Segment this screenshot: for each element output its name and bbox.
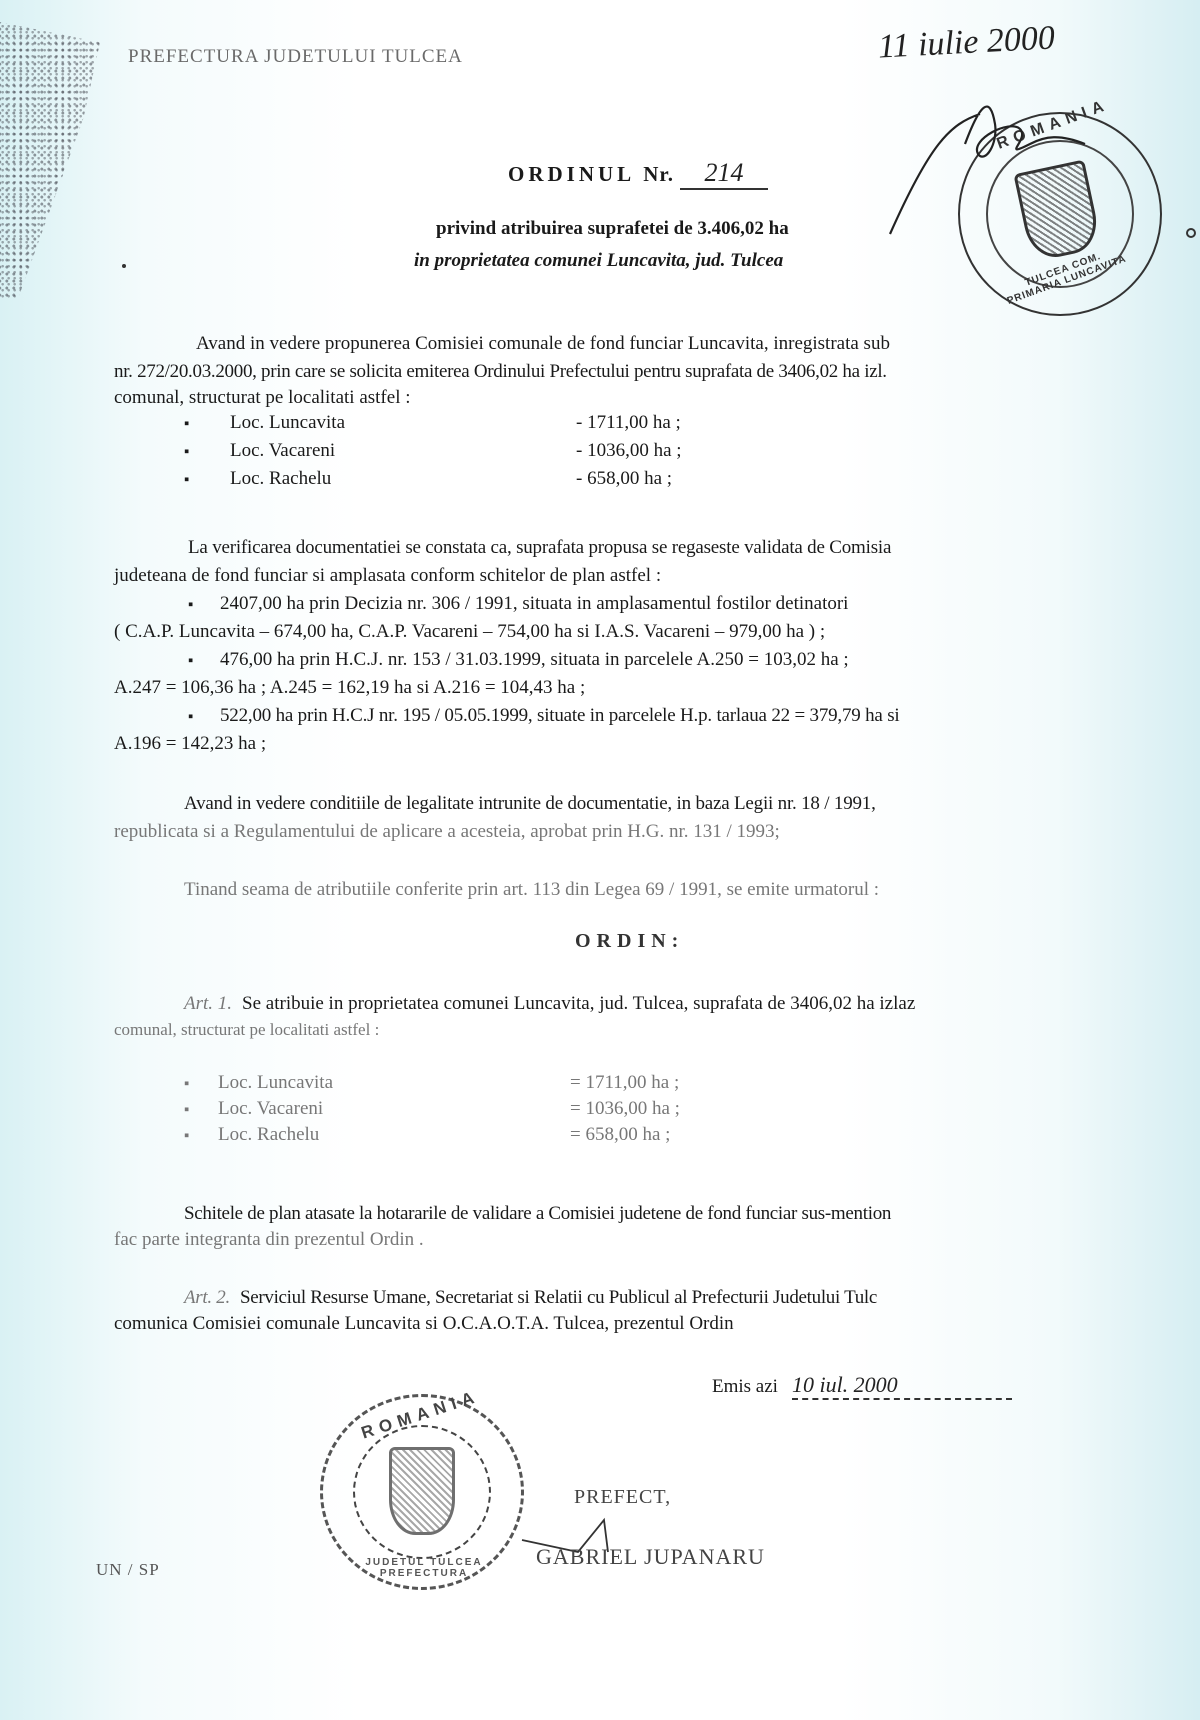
article-2-line-2: comunica Comisiei comunale Luncavita si … — [114, 1310, 734, 1337]
institution-header: PREFECTURA JUDETULUI TULCEA — [128, 46, 463, 68]
order-number: 214 — [680, 158, 768, 190]
signature-top — [870, 84, 1090, 244]
order-locality-row: ▪Loc. Vacareni= 1036,00 ha ; — [184, 1098, 704, 1120]
verification-item: ▪476,00 ha prin H.C.J. nr. 153 / 31.03.1… — [188, 646, 849, 675]
verification-item: ▪522,00 ha prin H.C.J nr. 195 / 05.05.19… — [188, 702, 900, 731]
order-heading: ORDIN: — [575, 930, 684, 953]
sketches-line-1: Schitele de plan atasate la hotararile d… — [184, 1200, 891, 1227]
subtitle-line-1: privind atribuirea suprafetei de 3.406,0… — [436, 218, 789, 240]
issued-date: 10 iul. 2000 — [792, 1372, 1012, 1400]
document-title: ORDINULNr.214 — [508, 158, 768, 190]
signatory-name: GABRIEL JUPANARU — [536, 1544, 765, 1570]
scanned-document-page: PREFECTURA JUDETULUI TULCEA 11 iulie 200… — [0, 0, 1200, 1720]
legal-basis-line-2: republicata si a Regulamentului de aplic… — [114, 818, 780, 845]
coat-of-arms-icon — [389, 1447, 455, 1535]
article-1-line-1: Art. 1.Se atribuie in proprietatea comun… — [184, 990, 915, 1017]
intro-line-2: nr. 272/20.03.2000, prin care se solicit… — [114, 358, 887, 385]
scan-speck — [1186, 228, 1196, 238]
article-1-line-2: comunal, structurat pe localitati astfel… — [114, 1016, 379, 1043]
intro-locality-row: ▪Loc. Vacareni- 1036,00 ha ; — [184, 440, 704, 462]
intro-line-3: comunal, structurat pe localitati astfel… — [114, 384, 411, 411]
scan-speck — [122, 264, 126, 268]
handwritten-date: 11 iulie 2000 — [877, 19, 1056, 66]
article-2-line-1: Art. 2.Serviciul Resurse Umane, Secretar… — [184, 1284, 877, 1311]
verification-item-cont: ( C.A.P. Luncavita – 674,00 ha, C.A.P. V… — [114, 618, 825, 645]
stamp-prefectura: ROMANIA JUDETUL TULCEA PREFECTURA — [320, 1394, 524, 1590]
verification-item-cont: A.196 = 142,23 ha ; — [114, 730, 266, 757]
intro-locality-row: ▪Loc. Rachelu- 658,00 ha ; — [184, 468, 704, 490]
reference-code: UN / SP — [96, 1560, 160, 1580]
intro-locality-row: ▪Loc. Luncavita- 1711,00 ha ; — [184, 412, 704, 434]
legal-basis-line-1: Avand in vedere conditiile de legalitate… — [184, 790, 876, 817]
order-locality-row: ▪Loc. Luncavita= 1711,00 ha ; — [184, 1072, 704, 1094]
attributions-line: Tinand seama de atributiile conferite pr… — [184, 876, 879, 903]
order-locality-row: ▪Loc. Rachelu= 658,00 ha ; — [184, 1124, 704, 1146]
intro-line-1: Avand in vedere propunerea Comisiei comu… — [196, 330, 890, 357]
scan-smudge — [0, 20, 100, 300]
verification-line-2: judeteana de fond funciar si amplasata c… — [114, 562, 661, 589]
issued-line: Emis azi10 iul. 2000 — [712, 1372, 1012, 1400]
verification-item-cont: A.247 = 106,36 ha ; A.245 = 162,19 ha si… — [114, 674, 585, 701]
subtitle-line-2: in proprietatea comunei Luncavita, jud. … — [414, 250, 783, 272]
verification-item: ▪2407,00 ha prin Decizia nr. 306 / 1991,… — [188, 590, 848, 619]
verification-line-1: La verificarea documentatiei se constata… — [188, 534, 891, 561]
sketches-line-2: fac parte integranta din prezentul Ordin… — [114, 1226, 424, 1253]
